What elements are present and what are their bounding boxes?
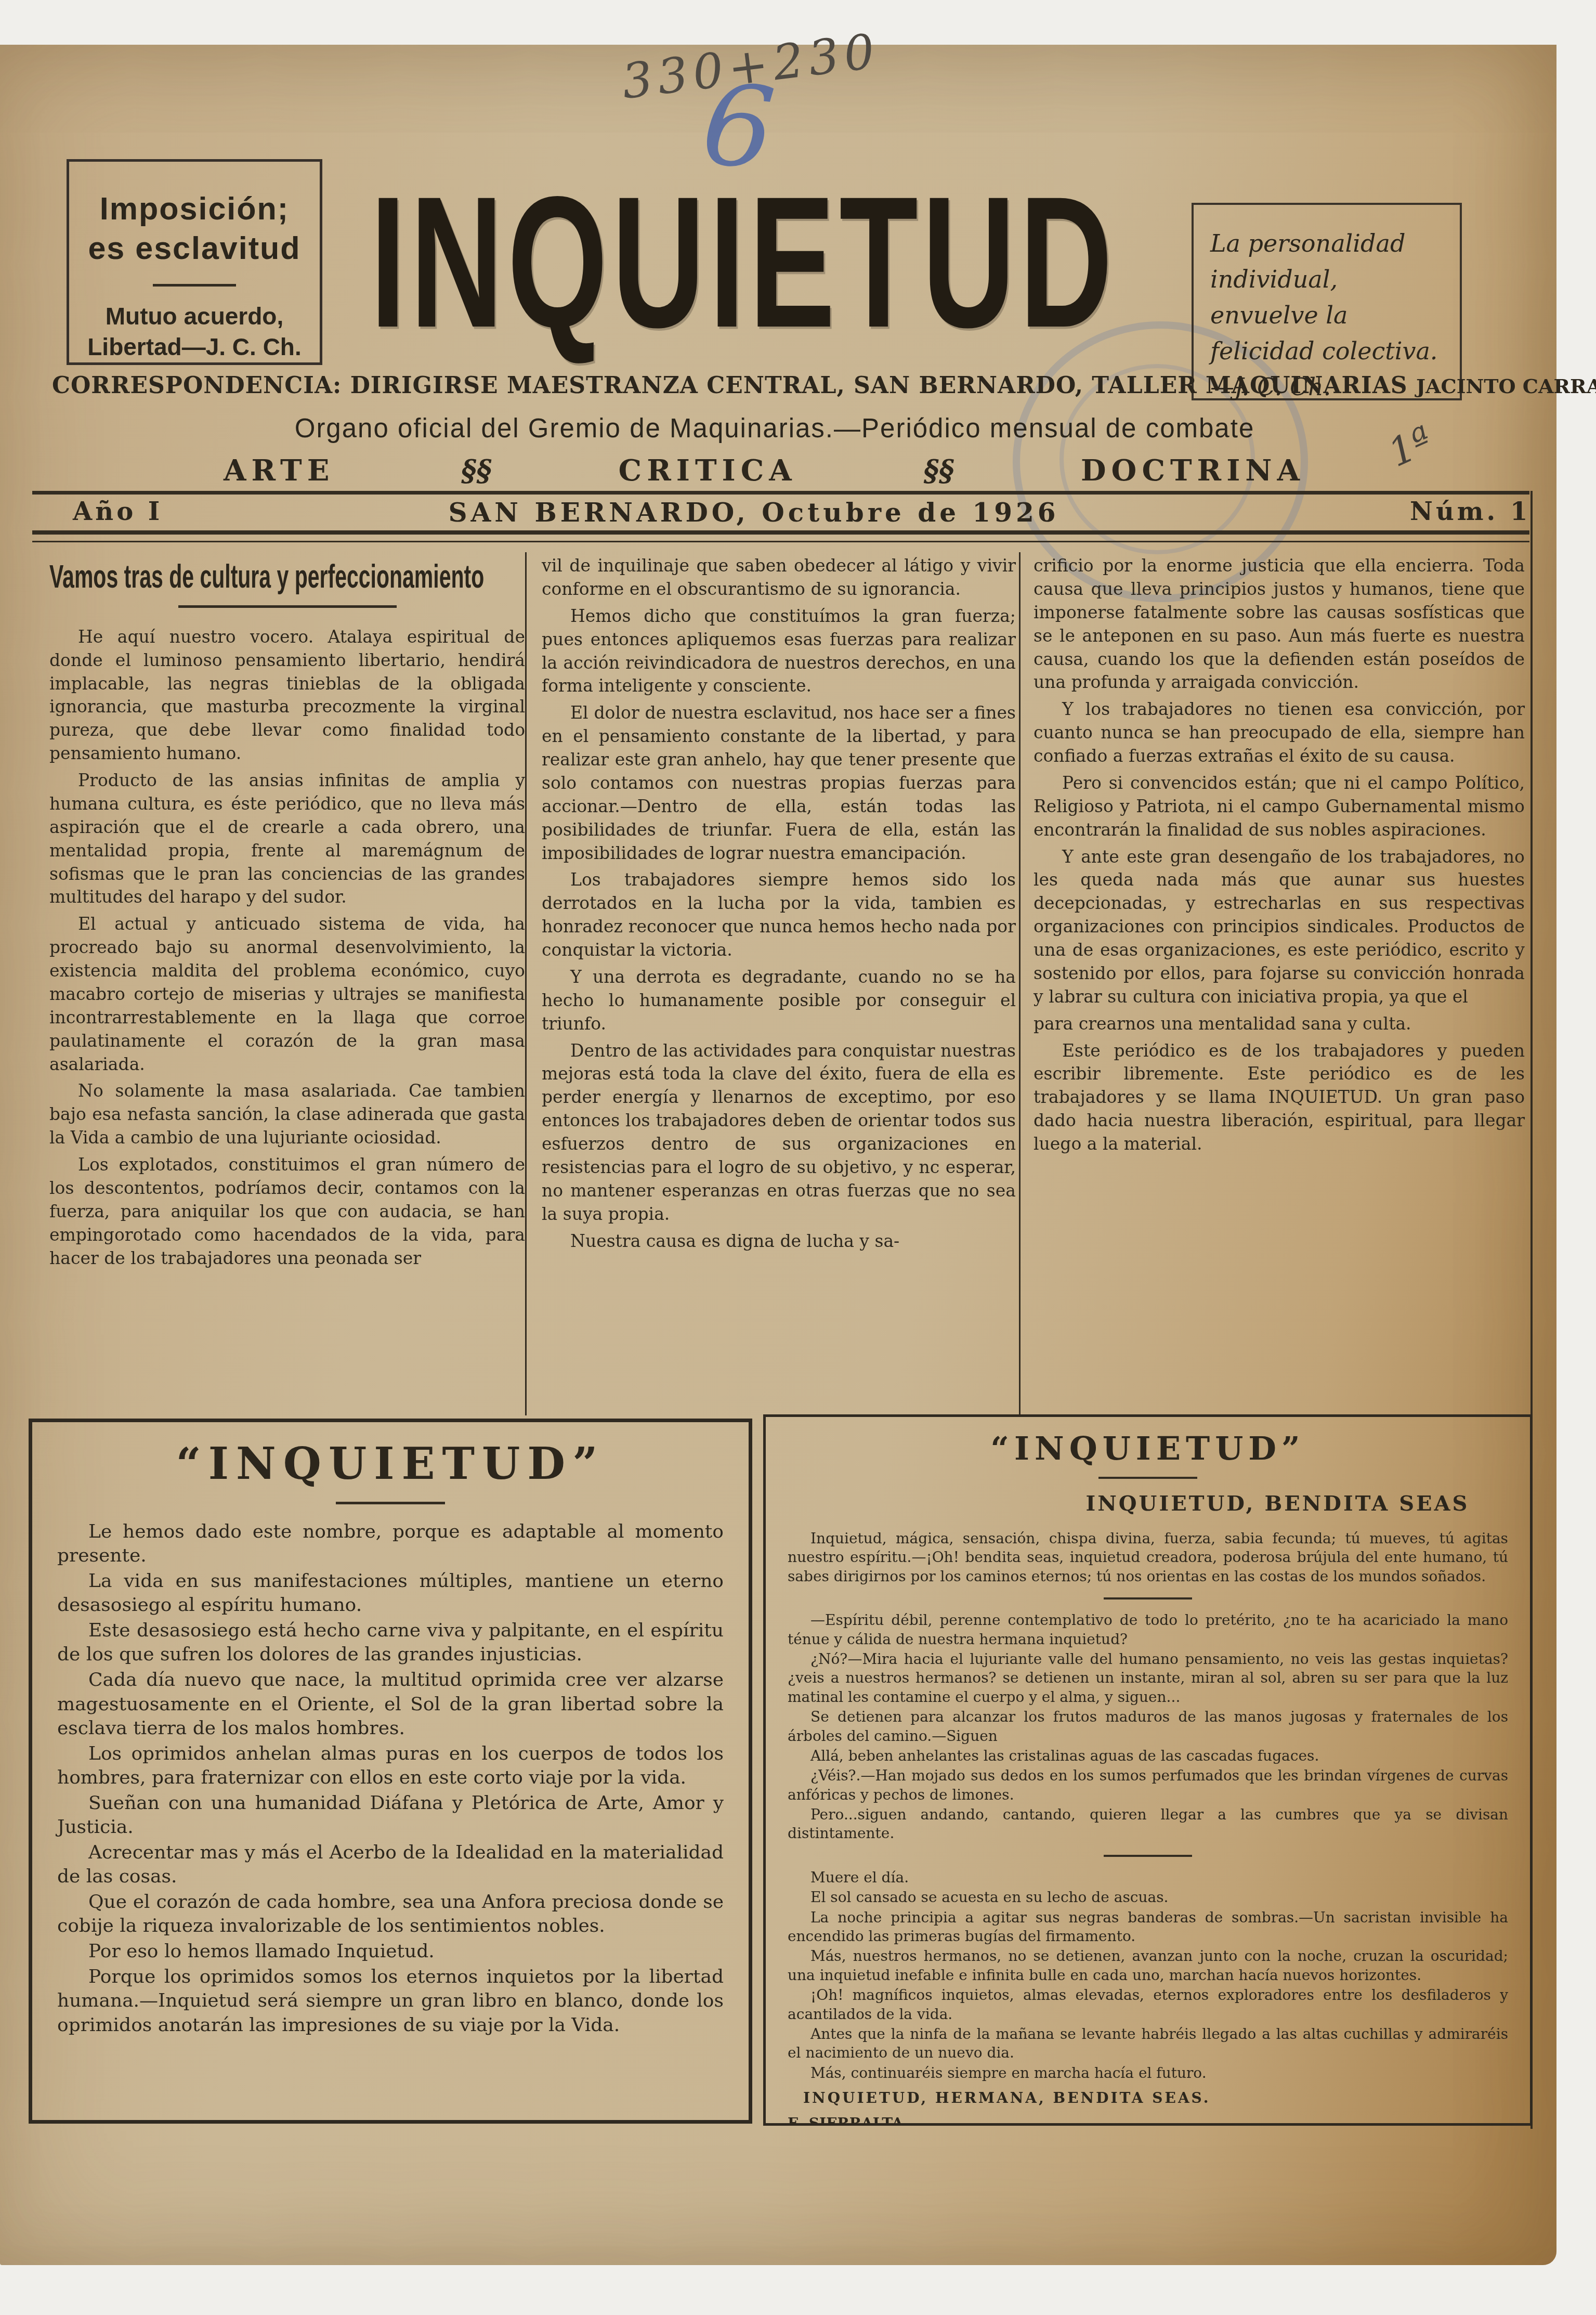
column-divider (525, 552, 527, 1415)
paragraph: Porque los oprimidos somos los eternos i… (57, 1965, 724, 2037)
motto-doctrina: DOCTRINA (1081, 453, 1305, 488)
rule (32, 541, 1529, 542)
author-signature: E. SIERRALTA. (788, 2114, 1508, 2126)
organ-subtitle: Organo oficial del Gremio de Maquinarias… (73, 413, 1476, 444)
correspondence-text: CORRESPONDENCIA: DIRIGIRSE MAESTRANZA CE… (52, 372, 1408, 399)
newspaper-title: INQUIETUD (291, 154, 1196, 303)
inquietud-name-box: “INQUIETUD” Le hemos dado este nombre, p… (29, 1419, 752, 2124)
paragraph: Nuestra causa es digna de lucha y sa- (542, 1230, 1016, 1253)
rule (153, 284, 236, 287)
box-title: “INQUIETUD” (788, 1429, 1508, 1467)
rule (32, 491, 1529, 495)
dateline-year: Año I (73, 497, 163, 526)
masthead-right-motto-box: La personalidad individual, envuelve la … (1192, 203, 1462, 400)
rule (1098, 1477, 1197, 1479)
poem-closing-line: INQUIETUD, HERMANA, BENDITA SEAS. (788, 2089, 1508, 2108)
paragraph: Por eso lo hemos llamado Inquietud. (57, 1940, 724, 1963)
motto-arte: ARTE (224, 453, 334, 488)
paragraph: Los explotados, constituimos el gran núm… (49, 1153, 525, 1270)
motto-line: Imposición; (69, 189, 320, 228)
paragraph: Y los trabajadores no tienen esa convicc… (1034, 698, 1525, 768)
paragraph: Sueñan con una humanidad Diáfana y Pletó… (57, 1791, 724, 1839)
correspondence-line: CORRESPONDENCIA: DIRIGIRSE MAESTRANZA CE… (52, 372, 1554, 399)
article-column-2: vil de inquilinaje que saben obedecer al… (542, 554, 1016, 1256)
paragraph: Y ante este gran desengaño de los trabaj… (1034, 846, 1525, 1009)
rule (336, 1502, 445, 1504)
column-divider (1019, 552, 1021, 1415)
paragraph: La noche principia a agitar sus negras b… (788, 1908, 1508, 1946)
article-headline: Vamos tras de cultura y perfeccionamient… (49, 554, 525, 599)
paragraph: El dolor de nuestra esclavitud, nos hace… (542, 701, 1016, 865)
newspaper-title-text: INQUIETUD (370, 154, 1117, 370)
masthead-left-motto-box: Imposición; es esclavitud Mutuo acuerdo,… (67, 159, 322, 365)
paragraph: Más, continuaréis siempre en marcha hací… (788, 2064, 1508, 2083)
motto-line: es esclavitud (69, 228, 320, 268)
paragraph: Allá, beben anhelantes las cristalinas a… (788, 1747, 1508, 1765)
paragraph: Los trabajadores siempre hemos sido los … (542, 868, 1016, 962)
article-column-3: crificio por la enorme justicia que ella… (1034, 554, 1525, 1160)
paragraph: Antes que la ninfa de la mañana se levan… (788, 2025, 1508, 2063)
motto-line: Mutuo acuerdo, (69, 301, 320, 332)
paragraph: Pero...siguen andando, cantando, quieren… (788, 1805, 1508, 1843)
paragraph: Se detienen para alcanzar los frutos mad… (788, 1708, 1508, 1746)
correspondence-suffix: JACINTO CARRASCO CH. (1416, 374, 1596, 398)
poem-subtitle: INQUIETUD, BENDITA SEAS (1047, 1491, 1508, 1516)
paragraph: Acrecentar mas y más el Acerbo de la Ide… (57, 1841, 724, 1889)
rule (1104, 1855, 1192, 1857)
motto-critica: CRITICA (619, 453, 797, 488)
paragraph: Los oprimidos anhelan almas puras en los… (57, 1742, 724, 1790)
paragraph: ¿Nó?—Mira hacia el lujuriante valle del … (788, 1650, 1508, 1707)
paragraph: vil de inquilinaje que saben obedecer al… (542, 554, 1016, 601)
bendita-seas-box: “INQUIETUD” INQUIETUD, BENDITA SEAS Inqu… (763, 1414, 1533, 2126)
motto-line: Libertad—J. C. Ch. (69, 332, 320, 363)
rule (1104, 1597, 1192, 1599)
paragraph: Hemos dicho que constituímos la gran fue… (542, 605, 1016, 698)
paragraph: Inquietud, mágica, sensación, chispa div… (788, 1529, 1508, 1586)
paragraph: Que el corazón de cada hombre, sea una A… (57, 1890, 724, 1938)
paragraph: Este periódico es de los trabajadores y … (1034, 1039, 1525, 1156)
motto-row: ARTE §§ CRITICA §§ DOCTRINA (224, 453, 1305, 488)
paragraph: Muere el día. (788, 1868, 1508, 1887)
paragraph: Más, nuestros hermanos, no se detienen, … (788, 1947, 1508, 1985)
dateline-place-date: SAN BERNARDO, Octubre de 1926 (364, 497, 1144, 528)
paragraph: Producto de las ansias infinitas de ampl… (49, 769, 525, 909)
paragraph: Le hemos dado este nombre, porque es ada… (57, 1520, 724, 1568)
rule (178, 605, 397, 608)
ornament-icon: §§ (924, 453, 954, 488)
paragraph: Cada día nuevo que nace, la multitud opr… (57, 1668, 724, 1740)
box-title: “INQUIETUD” (57, 1438, 724, 1489)
paragraph: Este desasosiego está hecho carne viva y… (57, 1619, 724, 1667)
paragraph: ¡Oh! magníficos inquietos, almas elevada… (788, 1986, 1508, 2024)
article-column-1: Vamos tras de cultura y perfeccionamient… (49, 554, 525, 1273)
paragraph: No solamente la masa asalariada. Cae tam… (49, 1080, 525, 1150)
paragraph: He aquí nuestro vocero. Atalaya espiritu… (49, 626, 525, 765)
paragraph: El sol cansado se acuesta en su lecho de… (788, 1888, 1508, 1907)
paragraph: para crearnos una mentalidad sana y cult… (1034, 1012, 1525, 1036)
newspaper-page: 330+230 6 1ª Imposición; es esclavitud M… (0, 0, 1596, 2315)
paragraph: El actual y anticuado sistema de vida, h… (49, 913, 525, 1076)
paragraph: La vida en sus manifestaciones múltiples… (57, 1569, 724, 1617)
paragraph: Y una derrota es degradante, cuando no s… (542, 966, 1016, 1036)
paragraph: Pero si convencidos están; que ni el cam… (1034, 772, 1525, 842)
paragraph: Dentro de las actividades para conquista… (542, 1039, 1016, 1226)
ornament-icon: §§ (461, 453, 492, 488)
paragraph: crificio por la enorme justicia que ella… (1034, 554, 1525, 694)
paragraph: ¿Véis?.—Han mojado sus dedos en los sumo… (788, 1766, 1508, 1804)
paragraph: —Espíritu débil, perenne contemplativo d… (788, 1611, 1508, 1649)
rule (32, 530, 1529, 535)
dateline-number: Núm. 1 (1410, 497, 1530, 526)
